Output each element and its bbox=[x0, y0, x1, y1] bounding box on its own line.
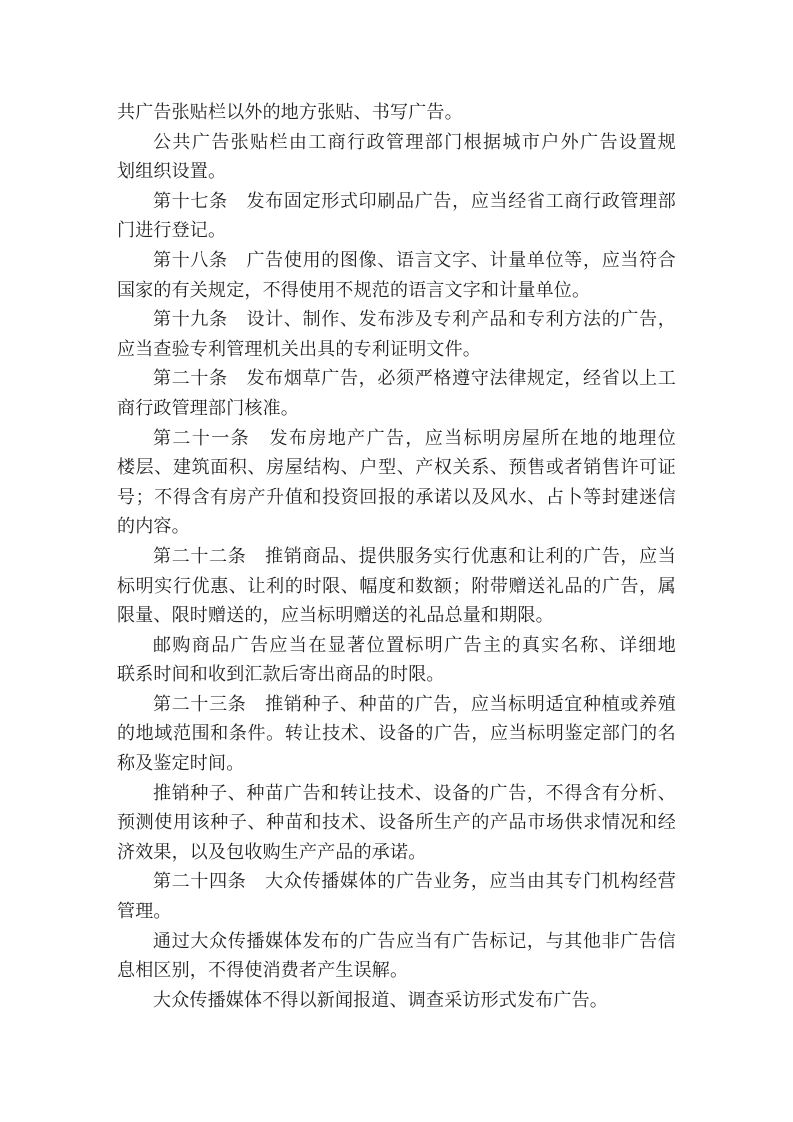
text-line: 预测使用该种子、种苗和技术、设备所生产的产品市场供求情况和经 bbox=[117, 808, 676, 838]
text-line: 济效果，以及包收购生产产品的承诺。 bbox=[117, 838, 676, 868]
document-page: 共广告张贴栏以外的地方张贴、书写广告。公共广告张贴栏由工商行政管理部门根据城市户… bbox=[0, 0, 793, 1122]
text-line: 管理。 bbox=[117, 897, 676, 927]
text-line: 的内容。 bbox=[117, 512, 676, 542]
text-line: 推销种子、种苗广告和转让技术、设备的广告，不得含有分析、 bbox=[117, 779, 676, 809]
text-line: 国家的有关规定，不得使用不规范的语言文字和计量单位。 bbox=[117, 276, 676, 306]
text-line: 第二十二条 推销商品、提供服务实行优惠和让利的广告，应当 bbox=[117, 542, 676, 572]
text-line: 联系时间和收到汇款后寄出商品的时限。 bbox=[117, 660, 676, 690]
text-line: 第二十一条 发布房地产广告，应当标明房屋所在地的地理位置、 bbox=[117, 424, 676, 454]
text-line: 第十七条 发布固定形式印刷品广告，应当经省工商行政管理部 bbox=[117, 187, 676, 217]
text-line: 息相区别，不得使消费者产生误解。 bbox=[117, 956, 676, 986]
text-line: 门进行登记。 bbox=[117, 216, 676, 246]
text-line: 商行政管理部门核准。 bbox=[117, 394, 676, 424]
text-line: 通过大众传播媒体发布的广告应当有广告标记，与其他非广告信 bbox=[117, 927, 676, 957]
text-line: 第二十四条 大众传播媒体的广告业务，应当由其专门机构经营 bbox=[117, 867, 676, 897]
text-line: 公共广告张贴栏由工商行政管理部门根据城市户外广告设置规 bbox=[117, 128, 676, 158]
text-line: 号；不得含有房产升值和投资回报的承诺以及风水、占卜等封建迷信 bbox=[117, 483, 676, 513]
text-line: 称及鉴定时间。 bbox=[117, 749, 676, 779]
text-line: 邮购商品广告应当在显著位置标明广告主的真实名称、详细地址、 bbox=[117, 631, 676, 661]
text-line: 第十九条 设计、制作、发布涉及专利产品和专利方法的广告， bbox=[117, 305, 676, 335]
text-line: 第二十三条 推销种子、种苗的广告，应当标明适宜种植或养殖 bbox=[117, 690, 676, 720]
text-line: 第二十条 发布烟草广告，必须严格遵守法律规定，经省以上工 bbox=[117, 364, 676, 394]
text-line: 限量、限时赠送的，应当标明赠送的礼品总量和期限。 bbox=[117, 601, 676, 631]
text-line: 大众传播媒体不得以新闻报道、调查采访形式发布广告。 bbox=[117, 986, 676, 1016]
text-column: 共广告张贴栏以外的地方张贴、书写广告。公共广告张贴栏由工商行政管理部门根据城市户… bbox=[117, 98, 676, 1015]
text-line: 应当查验专利管理机关出具的专利证明文件。 bbox=[117, 335, 676, 365]
text-line: 楼层、建筑面积、房屋结构、户型、产权关系、预售或者销售许可证 bbox=[117, 453, 676, 483]
text-line: 共广告张贴栏以外的地方张贴、书写广告。 bbox=[117, 98, 676, 128]
text-line: 的地域范围和条件。转让技术、设备的广告，应当标明鉴定部门的名 bbox=[117, 719, 676, 749]
text-line: 标明实行优惠、让利的时限、幅度和数额；附带赠送礼品的广告，属 bbox=[117, 572, 676, 602]
text-line: 划组织设置。 bbox=[117, 157, 676, 187]
text-line: 第十八条 广告使用的图像、语言文字、计量单位等，应当符合 bbox=[117, 246, 676, 276]
